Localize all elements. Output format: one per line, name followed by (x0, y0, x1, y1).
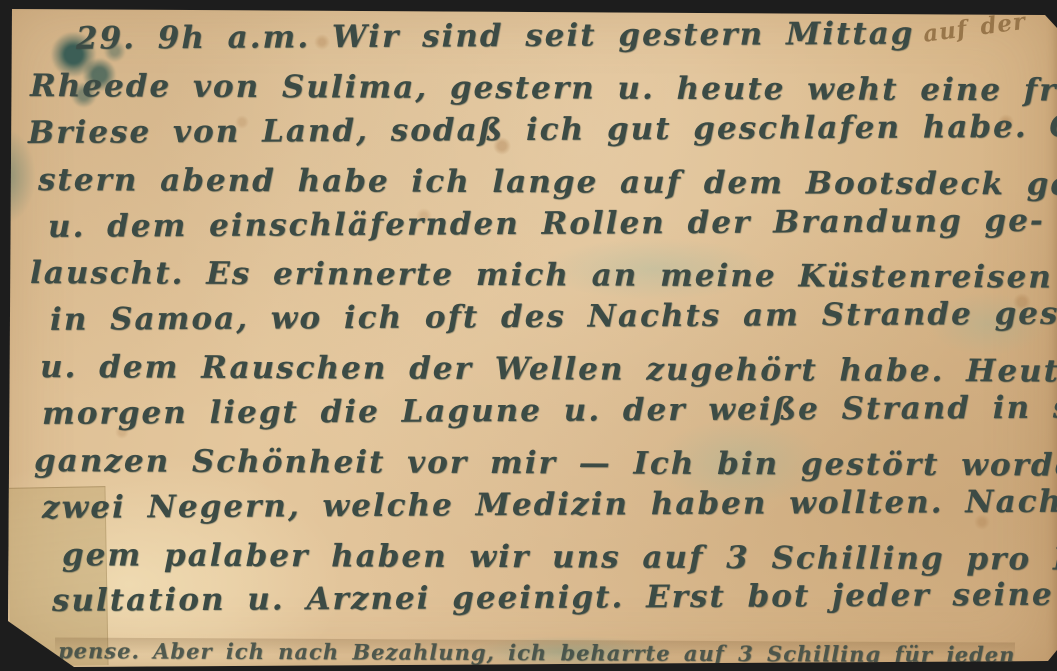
postcard: 29. 9h a.m. Wir sind seit gestern Mittag… (0, 0, 1057, 671)
handwriting-line: 29. 9h a.m. Wir sind seit gestern Mittag… (28, 10, 1051, 62)
handwriting-line: u. dem einschläfernden Rollen der Brandu… (28, 198, 1051, 250)
handwriting-line: in Samoa, wo ich oft des Nachts am Stran… (28, 291, 1051, 343)
handwriting-line: pense. Aber ich nach Bezahlung, ich beha… (28, 628, 1051, 671)
photo-backdrop: 29. 9h a.m. Wir sind seit gestern Mittag… (0, 0, 1057, 671)
handwriting-line-text: 29. 9h a.m. Wir sind seit gestern Mittag (76, 16, 915, 57)
handwriting-line: morgen liegt die Lagune u. der weiße Str… (28, 385, 1051, 437)
handwriting-line: zwei Negern, welche Medizin haben wollte… (28, 479, 1051, 531)
annotation-auf-der: auf der (921, 0, 1029, 58)
handwriting-line: sultation u. Arznei geeinigt. Erst bot j… (28, 572, 1051, 624)
handwriting-line: Briese von Land, sodaß ich gut geschlafe… (28, 104, 1051, 156)
handwritten-text: 29. 9h a.m. Wir sind seit gestern Mittag… (28, 10, 1051, 671)
